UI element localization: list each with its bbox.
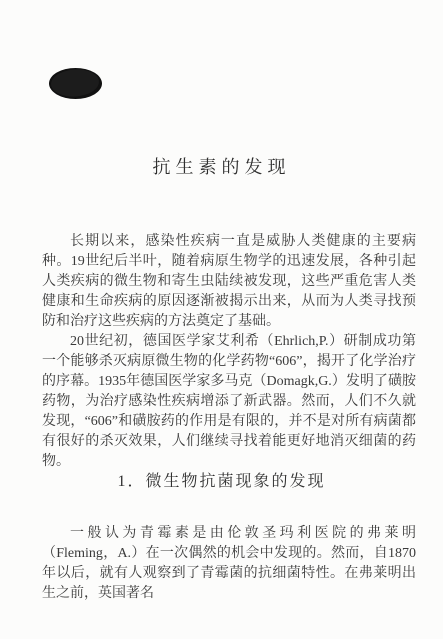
section-text-block: 一般认为青霉素是由伦敦圣玛利医院的弗莱明（Fleming，A.）在一次偶然的机会…	[42, 524, 416, 604]
intro-paragraph-1: 长期以来，感染性疾病一直是威胁人类健康的主要病种。19世纪后半叶，随着病原生物学…	[42, 232, 416, 332]
page-title: 抗生素的发现	[0, 153, 443, 179]
intro-paragraph-2: 20世纪初，德国医学家艾利希（Ehrlich,P.）研制成功第一个能够杀灭病原微…	[42, 332, 416, 472]
intro-text-block: 长期以来，感染性疾病一直是威胁人类健康的主要病种。19世纪后半叶，随着病原生物学…	[42, 232, 416, 472]
scanned-book-page: 抗生素的发现 长期以来，感染性疾病一直是威胁人类健康的主要病种。19世纪后半叶，…	[0, 0, 443, 639]
section-heading: 1．微生物抗菌现象的发现	[0, 468, 443, 491]
ink-blot-oval-icon	[48, 67, 103, 100]
section-paragraph-1: 一般认为青霉素是由伦敦圣玛利医院的弗莱明（Fleming，A.）在一次偶然的机会…	[42, 524, 416, 604]
